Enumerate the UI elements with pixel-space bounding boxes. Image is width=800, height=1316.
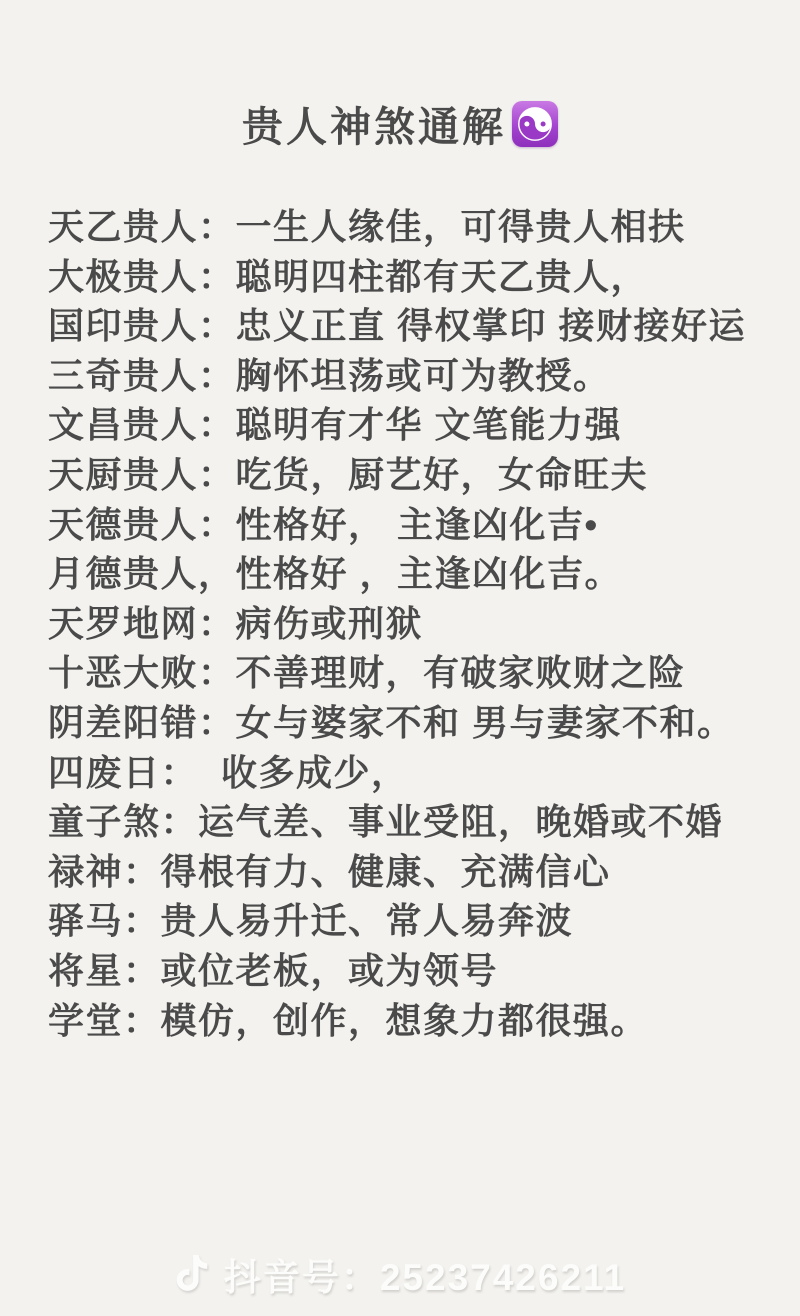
title-text: 贵人神煞通解: [242, 94, 506, 153]
entry-line: 阴差阳错：女与婆家不和 男与妻家不和。: [48, 698, 780, 748]
entry-line: 三奇贵人：胸怀坦荡或可为教授。: [48, 351, 780, 401]
douyin-id-text: 抖音号：25237426211: [224, 1247, 626, 1301]
entry-line: 十恶大败：不善理财，有破家败财之险: [48, 648, 780, 698]
entry-line: 国印贵人：忠义正直 得权掌印 接财接好运: [48, 301, 780, 351]
entry-line: 月德贵人，性格好 ，主逢凶化吉。: [48, 549, 780, 599]
entry-line: 童子煞：运气差、事业受阻，晚婚或不婚: [48, 797, 780, 847]
entry-line: 天德贵人：性格好， 主逢凶化吉•: [48, 500, 780, 550]
entry-line: 文昌贵人：聪明有才华 文笔能力强: [48, 400, 780, 450]
entry-line: 四废日： 收多成少，: [48, 748, 780, 798]
entries-list: 天乙贵人：一生人缘佳，可得贵人相扶大极贵人：聪明四柱都有天乙贵人，国印贵人：忠义…: [48, 202, 780, 1045]
douyin-note-icon: [174, 1252, 212, 1296]
entry-line: 将星：或位老板，或为领号: [48, 946, 780, 996]
poster-page: 贵人神煞通解 天乙贵人：一生人缘佳，可得贵人相扶大极贵人：聪明四柱都有天乙贵人，…: [0, 0, 800, 1316]
watermark: 抖音号：25237426211: [0, 1247, 800, 1301]
entry-line: 禄神：得根有力、健康、充满信心: [48, 847, 780, 897]
page-title: 贵人神煞通解: [0, 94, 800, 153]
yin-yang-emoji-icon: [512, 101, 558, 147]
entry-line: 天罗地网：病伤或刑狱: [48, 599, 780, 649]
entry-line: 学堂：模仿，创作，想象力都很强。: [48, 996, 780, 1046]
entry-line: 天乙贵人：一生人缘佳，可得贵人相扶: [48, 202, 780, 252]
entry-line: 天厨贵人：吃货，厨艺好，女命旺夫: [48, 450, 780, 500]
entry-line: 大极贵人：聪明四柱都有天乙贵人，: [48, 252, 780, 302]
entry-line: 驿马：贵人易升迁、常人易奔波: [48, 896, 780, 946]
